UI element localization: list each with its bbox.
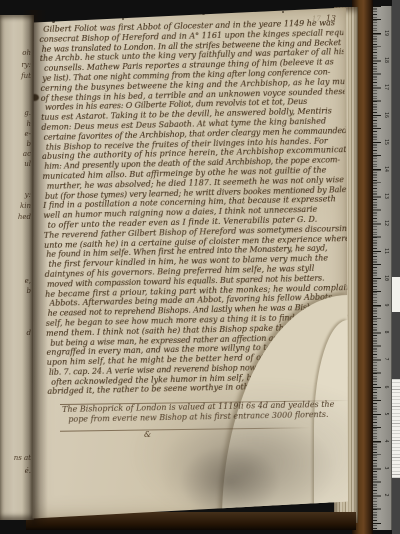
manuscript-photograph: 1918171615141312111098765432 ohry:futg.h…: [0, 0, 400, 534]
manuscript-page: London 1713 Gilbert Foliot was first Abb…: [30, 6, 348, 520]
frag: kin: [20, 202, 31, 210]
ruler-num: 3: [383, 463, 389, 473]
ink-speck: [202, 13, 205, 15]
facing-page-sliver: ohry:futg.he-baculy:kinhede,bdns até.: [0, 15, 34, 520]
frag: fut: [21, 72, 31, 80]
frag: é.: [25, 467, 31, 475]
ruler-num: 4: [383, 436, 389, 446]
ruler-num: 17: [383, 82, 389, 92]
frag: e-: [24, 130, 31, 138]
ruler-num: 11: [383, 246, 389, 256]
frag: b: [27, 140, 31, 148]
ruler-num: 12: [383, 218, 389, 228]
frag: oh: [22, 49, 31, 57]
frag: h: [26, 120, 31, 128]
ruler-num: 15: [383, 137, 389, 147]
ruler-num: 19: [383, 28, 389, 38]
ruler-num: 2: [383, 490, 389, 500]
frag: ul: [24, 160, 31, 168]
frag: g.: [24, 109, 31, 117]
running-header: London: [132, 7, 170, 19]
frag: ns at: [14, 454, 31, 462]
ruler-num: 18: [383, 55, 389, 65]
ruler-num: 10: [383, 273, 389, 283]
frag: b: [27, 287, 31, 295]
end-mark-glyph: &: [144, 430, 151, 439]
frag: hed: [18, 213, 31, 221]
frag: e,: [25, 277, 31, 285]
frag: ry:: [21, 61, 31, 69]
ink-speck: [52, 20, 55, 23]
frag: y:: [25, 191, 31, 199]
frag: ac: [23, 150, 31, 158]
ink-speck: [282, 11, 284, 13]
ruler-num: 14: [383, 164, 389, 174]
ruler-num: 16: [383, 110, 389, 120]
measuring-ruler: 1918171615141312111098765432: [372, 6, 392, 530]
ruler-num: 13: [383, 191, 389, 201]
water-stain: [110, 366, 360, 526]
ruler-numbers: 1918171615141312111098765432: [372, 6, 392, 530]
ruler-num: 5: [383, 409, 389, 419]
ruler-num: 6: [383, 382, 389, 392]
frag: d: [27, 329, 31, 337]
ruler-num: 7: [383, 354, 389, 364]
ruler-num: 8: [383, 327, 389, 337]
ink-speck: [122, 17, 124, 20]
ruler-num: 9: [383, 300, 389, 310]
